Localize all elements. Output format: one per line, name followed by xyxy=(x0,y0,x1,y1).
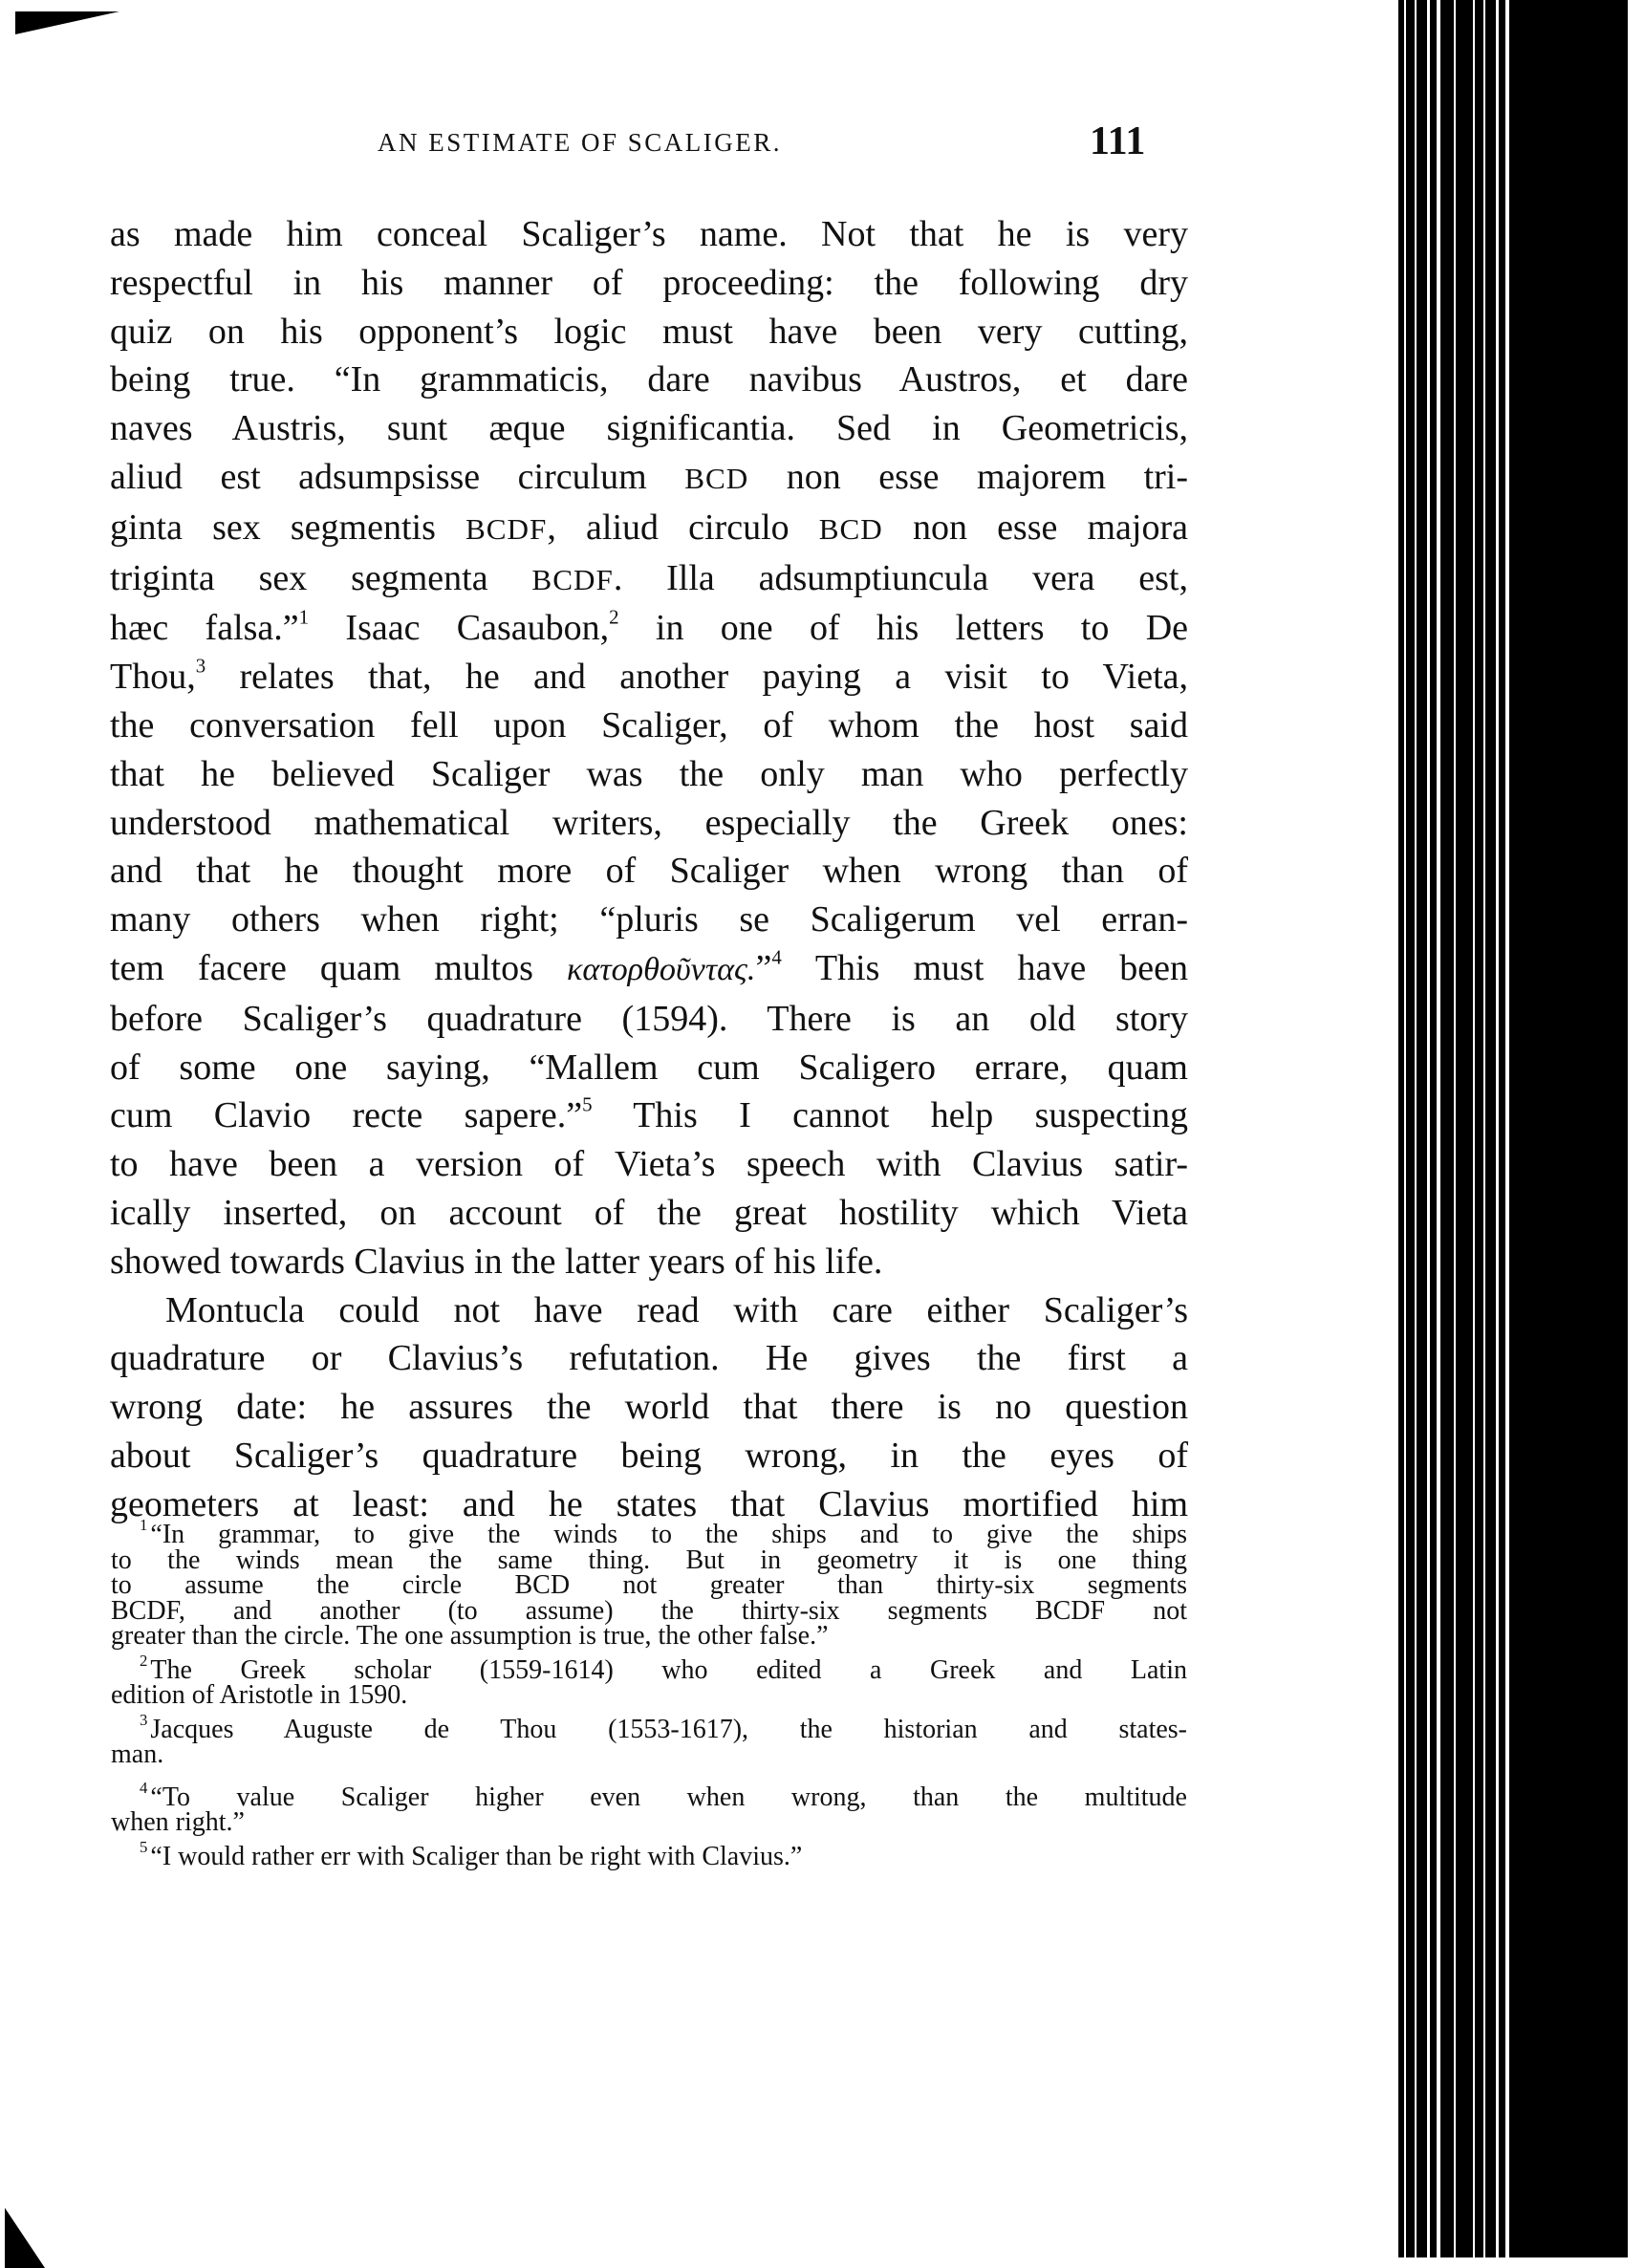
body-line: cum Clavio recte sapere.”5 This I cannot… xyxy=(110,1091,1188,1140)
body-line: before Scaliger’s quadrature (1594). The… xyxy=(110,995,1188,1044)
footnote-ref-3[interactable]: 3 xyxy=(196,654,205,677)
greek-word: κατορθοῦντας. xyxy=(567,952,755,987)
text: non esse majorem tri- xyxy=(748,457,1188,497)
body-line: respectful in his manner of proceeding: … xyxy=(110,259,1188,308)
body-line: the conversation fell upon Scaliger, of … xyxy=(110,702,1188,750)
footnote-mark: 4 xyxy=(140,1779,147,1797)
footnote-3: 3Jacques Auguste de Thou (1553-1617), th… xyxy=(111,1717,1187,1768)
body-line: ginta sex segmentis BCDF, aliud circulo … xyxy=(110,504,1188,554)
text: hæc falsa.” xyxy=(110,608,299,648)
scan-corner-top-left xyxy=(15,11,119,34)
text: “To value Scaliger higher even when wron… xyxy=(150,1782,1187,1812)
running-title: AN ESTIMATE OF SCALIGER. xyxy=(378,128,782,158)
body-line: triginta sex segmenta BCDF. Illa adsumpt… xyxy=(110,554,1188,605)
footnote-mark: 2 xyxy=(140,1652,147,1670)
text: cum Clavio recte sapere.” xyxy=(110,1095,582,1135)
body-line: tem facere quam multos κατορθοῦντας.”4 T… xyxy=(110,944,1188,995)
body-line: showed towards Clavius in the latter yea… xyxy=(110,1238,1188,1286)
footnote-line: 5“I would rather err with Scaliger than … xyxy=(111,1845,1187,1870)
label-bcd: BCD xyxy=(684,462,748,495)
body-line: of some one saying, “Mallem cum Scaliger… xyxy=(110,1044,1188,1092)
footnote-ref-1[interactable]: 1 xyxy=(299,606,309,629)
footnote-line: 3Jacques Auguste de Thou (1553-1617), th… xyxy=(111,1717,1187,1743)
footnote-ref-4[interactable]: 4 xyxy=(771,945,781,968)
label-bcd: BCD xyxy=(819,512,883,546)
footnote-ref-2[interactable]: 2 xyxy=(609,606,618,629)
text: non esse majora xyxy=(883,508,1188,548)
body-line: that he believed Scaliger was the only m… xyxy=(110,750,1188,799)
footnote-line: edition of Aristotle in 1590. xyxy=(111,1683,1187,1709)
text: . Illa adsumptiuncula vera est, xyxy=(614,558,1188,598)
footnote-line: when right.” xyxy=(111,1810,1187,1836)
footnote-1: 1“In grammar, to give the winds to the s… xyxy=(111,1523,1187,1650)
text: triginta sex segmenta xyxy=(110,558,488,598)
footnotes: 1“In grammar, to give the winds to the s… xyxy=(111,1523,1187,1878)
footnote-line: greater than the circle. The one assumpt… xyxy=(111,1624,1187,1650)
body-line: being true. “In grammaticis, dare navibu… xyxy=(110,356,1188,404)
body-line: to have been a version of Vieta’s speech… xyxy=(110,1140,1188,1189)
body-line: Thou,3 relates that, he and another payi… xyxy=(110,653,1188,702)
body-line: many others when right; “pluris se Scali… xyxy=(110,896,1188,944)
running-head: AN ESTIMATE OF SCALIGER. 111 xyxy=(0,119,1195,166)
book-page-edges xyxy=(1398,0,1628,2257)
footnote-mark: 1 xyxy=(140,1516,147,1534)
text: This I cannot help suspecting xyxy=(593,1095,1188,1135)
text: ginta sex segmentis xyxy=(110,508,436,548)
body-line: aliud est adsumpsisse circulum BCD non e… xyxy=(110,453,1188,504)
footnote-line: man. xyxy=(111,1742,1187,1768)
footnote-5: 5“I would rather err with Scaliger than … xyxy=(111,1845,1187,1870)
text: Jacques Auguste de Thou (1553-1617), the… xyxy=(150,1715,1187,1744)
text: Isaac Casaubon, xyxy=(309,608,609,648)
body-line: naves Austris, sunt æque significantia. … xyxy=(110,404,1188,453)
body-line-paragraph-start: Montucla could not have read with care e… xyxy=(110,1286,1188,1335)
text: in one of his letters to De xyxy=(619,608,1188,648)
footnote-line: 4“To value Scaliger higher even when wro… xyxy=(111,1785,1187,1811)
body-line: as made him conceal Scaliger’s name. Not… xyxy=(110,210,1188,259)
text: ” xyxy=(755,948,771,988)
body-line: wrong date: he assures the world that th… xyxy=(110,1383,1188,1432)
footnote-mark: 5 xyxy=(140,1838,147,1856)
body-text: as made him conceal Scaliger’s name. Not… xyxy=(110,210,1188,1529)
label-bcdf: BCDF xyxy=(465,512,547,546)
body-line: hæc falsa.”1 Isaac Casaubon,2 in one of … xyxy=(110,604,1188,653)
page-number: 111 xyxy=(1090,119,1145,164)
body-line: about Scaliger’s quadrature being wrong,… xyxy=(110,1432,1188,1480)
text: Thou, xyxy=(110,657,196,697)
text: , aliud circulo xyxy=(547,508,818,548)
label-bcdf: BCDF xyxy=(531,563,613,596)
footnote-2: 2The Greek scholar (1559-1614) who edite… xyxy=(111,1658,1187,1709)
body-line: quiz on his opponent’s logic must have b… xyxy=(110,308,1188,356)
scan-corner-bottom-left xyxy=(5,2208,45,2268)
footnote-mark: 3 xyxy=(140,1711,147,1729)
text: “I would rather err with Scaliger than b… xyxy=(150,1842,802,1871)
footnote-line: to assume the circle BCD not greater tha… xyxy=(111,1573,1187,1599)
footnote-line: 1“In grammar, to give the winds to the s… xyxy=(111,1523,1187,1548)
body-line: quadrature or Clavius’s refutation. He g… xyxy=(110,1334,1188,1383)
text: aliud est adsumpsisse circulum xyxy=(110,457,647,497)
text: This must have been xyxy=(782,948,1188,988)
book-cover-edge xyxy=(1513,0,1628,2257)
body-line: understood mathematical writers, especia… xyxy=(110,799,1188,848)
footnote-ref-5[interactable]: 5 xyxy=(582,1093,592,1116)
body-line: and that he thought more of Scaliger whe… xyxy=(110,847,1188,896)
text: relates that, he and another paying a vi… xyxy=(205,657,1188,697)
body-line: ically inserted, on account of the great… xyxy=(110,1189,1188,1238)
footnote-4: 4“To value Scaliger higher even when wro… xyxy=(111,1785,1187,1836)
text: tem facere quam multos xyxy=(110,948,533,988)
